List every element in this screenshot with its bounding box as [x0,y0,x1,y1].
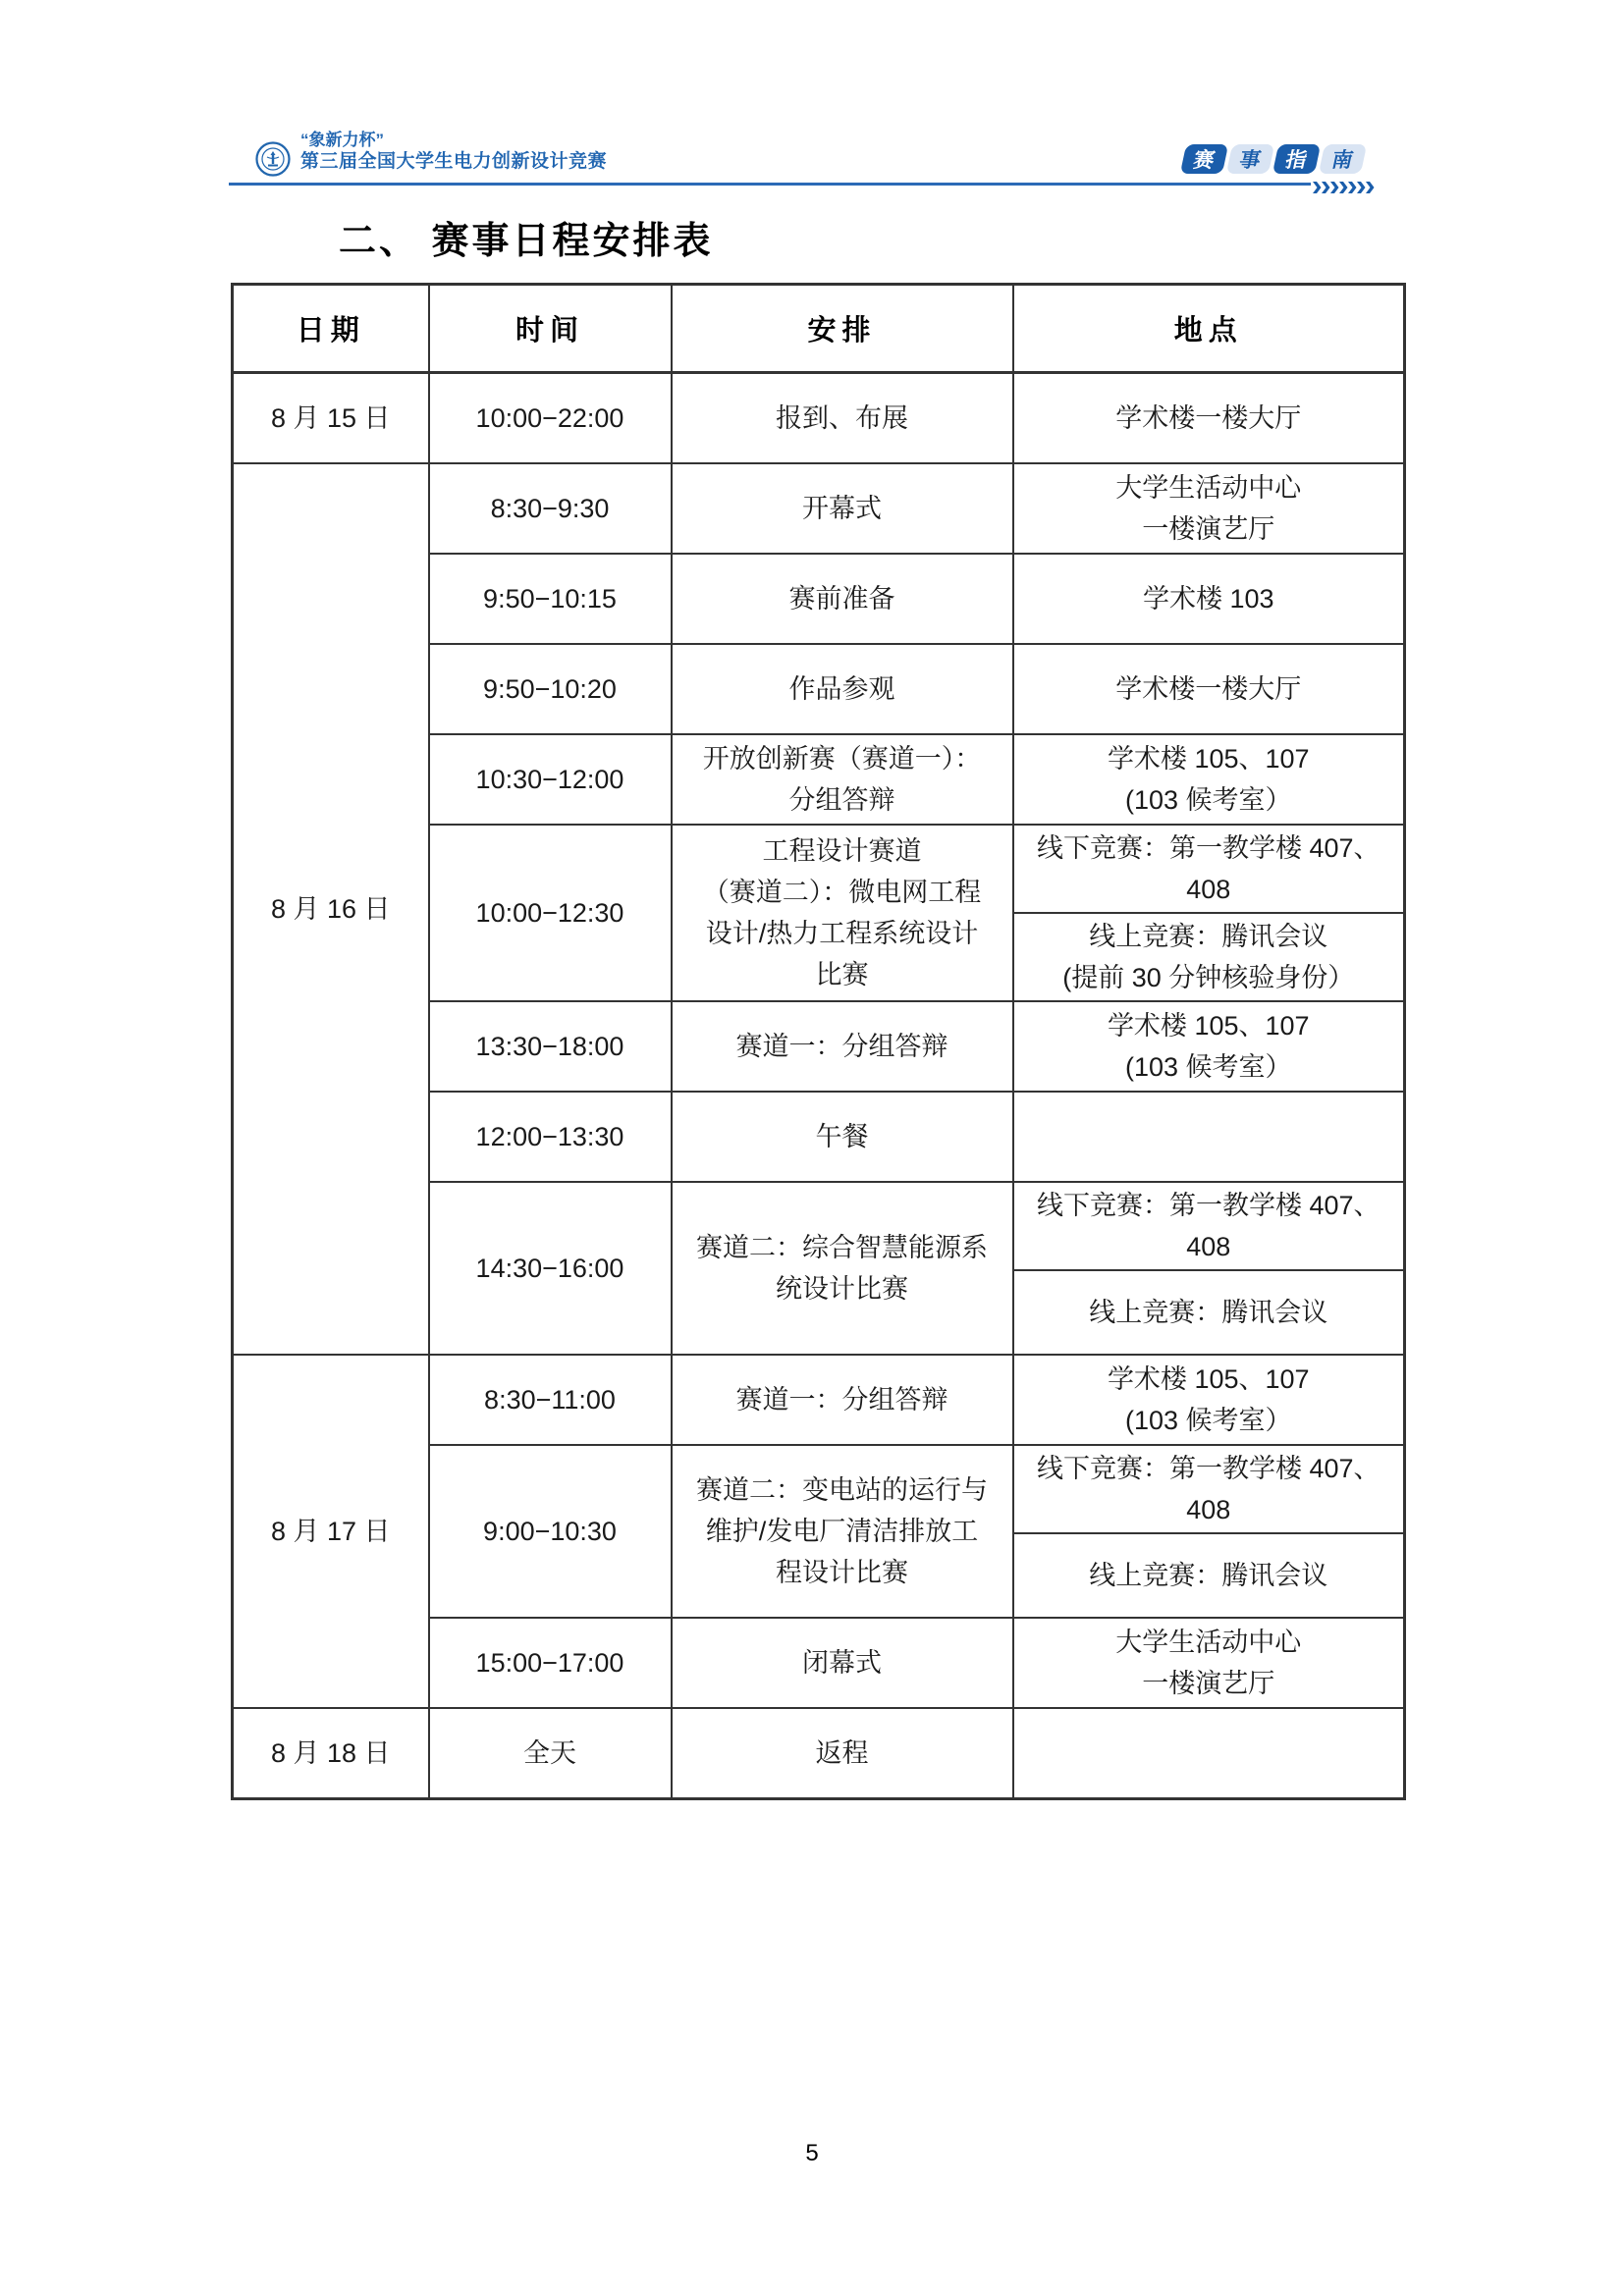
location-cell: 线下竞赛：第一教学楼 407、 408线上竞赛：腾讯会议 [1013,1182,1405,1355]
time-cell: 8:30−11:00 [429,1355,672,1445]
date-cell: 8 月 15 日 [233,373,429,464]
event-cell: 作品参观 [672,644,1013,734]
header-divider-line [229,183,1311,186]
location-cell: 学术楼一楼大厅 [1013,373,1405,464]
chevrons-icon [1313,181,1378,194]
date-cell: 8 月 18 日 [233,1708,429,1799]
location-online: 线上竞赛：腾讯会议 [1014,1532,1404,1617]
location-offline: 线下竞赛：第一教学楼 407、 408 [1014,826,1404,912]
page-title: 二、 赛事日程安排表 [339,210,714,264]
col-header-date: 日期 [233,285,429,373]
competition-logo [254,140,292,178]
event-cell: 返程 [672,1708,1013,1799]
col-header-location: 地点 [1013,285,1405,373]
table-row: 8 月 17 日8:30−11:00赛道一：分组答辩学术楼 105、107 (1… [233,1355,1405,1445]
time-cell: 9:50−10:15 [429,554,672,644]
table-row: 8 月 18 日全天返程 [233,1708,1405,1799]
event-cell: 赛道二：变电站的运行与 维护/发电厂清洁排放工 程设计比赛 [672,1445,1013,1618]
location-cell: 线下竞赛：第一教学楼 407、 408线上竞赛：腾讯会议 (提前 30 分钟核验… [1013,825,1405,1001]
col-header-event: 安排 [672,285,1013,373]
event-cell: 开幕式 [672,463,1013,554]
event-cell: 午餐 [672,1092,1013,1182]
time-cell: 8:30−9:30 [429,463,672,554]
location-cell: 学术楼一楼大厅 [1013,644,1405,734]
header-row: 日期 时间 安排 地点 [233,285,1405,373]
event-cell: 赛道一：分组答辩 [672,1001,1013,1092]
event-cell: 报到、布展 [672,373,1013,464]
location-cell: 大学生活动中心 一楼演艺厅 [1013,1618,1405,1708]
guide-badge-2: 事 [1226,144,1274,174]
location-cell: 学术楼 103 [1013,554,1405,644]
location-online: 线上竞赛：腾讯会议 (提前 30 分钟核验身份） [1014,912,1404,1000]
time-cell: 9:50−10:20 [429,644,672,734]
document-page: “象新力杯” 第三届全国大学生电力创新设计竞赛 赛 事 指 南 二、 赛事日程安… [0,0,1624,2296]
event-cell: 工程设计赛道 （赛道二）：微电网工程 设计/热力工程系统设计 比赛 [672,825,1013,1001]
location-cell [1013,1092,1405,1182]
time-cell: 9:00−10:30 [429,1445,672,1618]
event-cell: 赛道一：分组答辩 [672,1355,1013,1445]
guide-badges: 赛 事 指 南 [1183,144,1364,174]
location-cell: 学术楼 105、107 (103 候考室） [1013,1355,1405,1445]
event-cell: 闭幕式 [672,1618,1013,1708]
location-offline: 线下竞赛：第一教学楼 407、 408 [1014,1183,1404,1269]
location-cell: 线下竞赛：第一教学楼 407、 408线上竞赛：腾讯会议 [1013,1445,1405,1618]
page-number: 5 [0,2140,1624,2167]
table-row: 8 月 16 日8:30−9:30开幕式大学生活动中心 一楼演艺厅 [233,463,1405,554]
location-cell: 学术楼 105、107 (103 候考室） [1013,734,1405,825]
seal-icon [254,140,292,178]
time-cell: 10:30−12:00 [429,734,672,825]
location-offline: 线下竞赛：第一教学楼 407、 408 [1014,1446,1404,1532]
col-header-time: 时间 [429,285,672,373]
organizer-block: “象新力杯” 第三届全国大学生电力创新设计竞赛 [300,130,607,174]
guide-badge-3: 指 [1272,144,1321,174]
event-cell: 开放创新赛（赛道一）： 分组答辩 [672,734,1013,825]
location-cell [1013,1708,1405,1799]
time-cell: 10:00−12:30 [429,825,672,1001]
location-online: 线上竞赛：腾讯会议 [1014,1269,1404,1354]
competition-name: 第三届全国大学生电力创新设计竞赛 [300,150,607,174]
time-cell: 全天 [429,1708,672,1799]
table-row: 8 月 15 日10:00−22:00报到、布展学术楼一楼大厅 [233,373,1405,464]
time-cell: 15:00−17:00 [429,1618,672,1708]
event-cell: 赛道二：综合智慧能源系 统设计比赛 [672,1182,1013,1355]
event-cell: 赛前准备 [672,554,1013,644]
location-cell: 学术楼 105、107 (103 候考室） [1013,1001,1405,1092]
location-cell: 大学生活动中心 一楼演艺厅 [1013,463,1405,554]
guide-badge-1: 赛 [1180,144,1228,174]
time-cell: 10:00−22:00 [429,373,672,464]
date-cell: 8 月 16 日 [233,463,429,1355]
date-cell: 8 月 17 日 [233,1355,429,1708]
time-cell: 14:30−16:00 [429,1182,672,1355]
time-cell: 12:00−13:30 [429,1092,672,1182]
time-cell: 13:30−18:00 [429,1001,672,1092]
guide-badge-4: 南 [1319,144,1367,174]
schedule-table: 日期 时间 安排 地点 8 月 15 日10:00−22:00报到、布展学术楼一… [231,283,1406,1800]
competition-cup-name: “象新力杯” [300,130,607,150]
